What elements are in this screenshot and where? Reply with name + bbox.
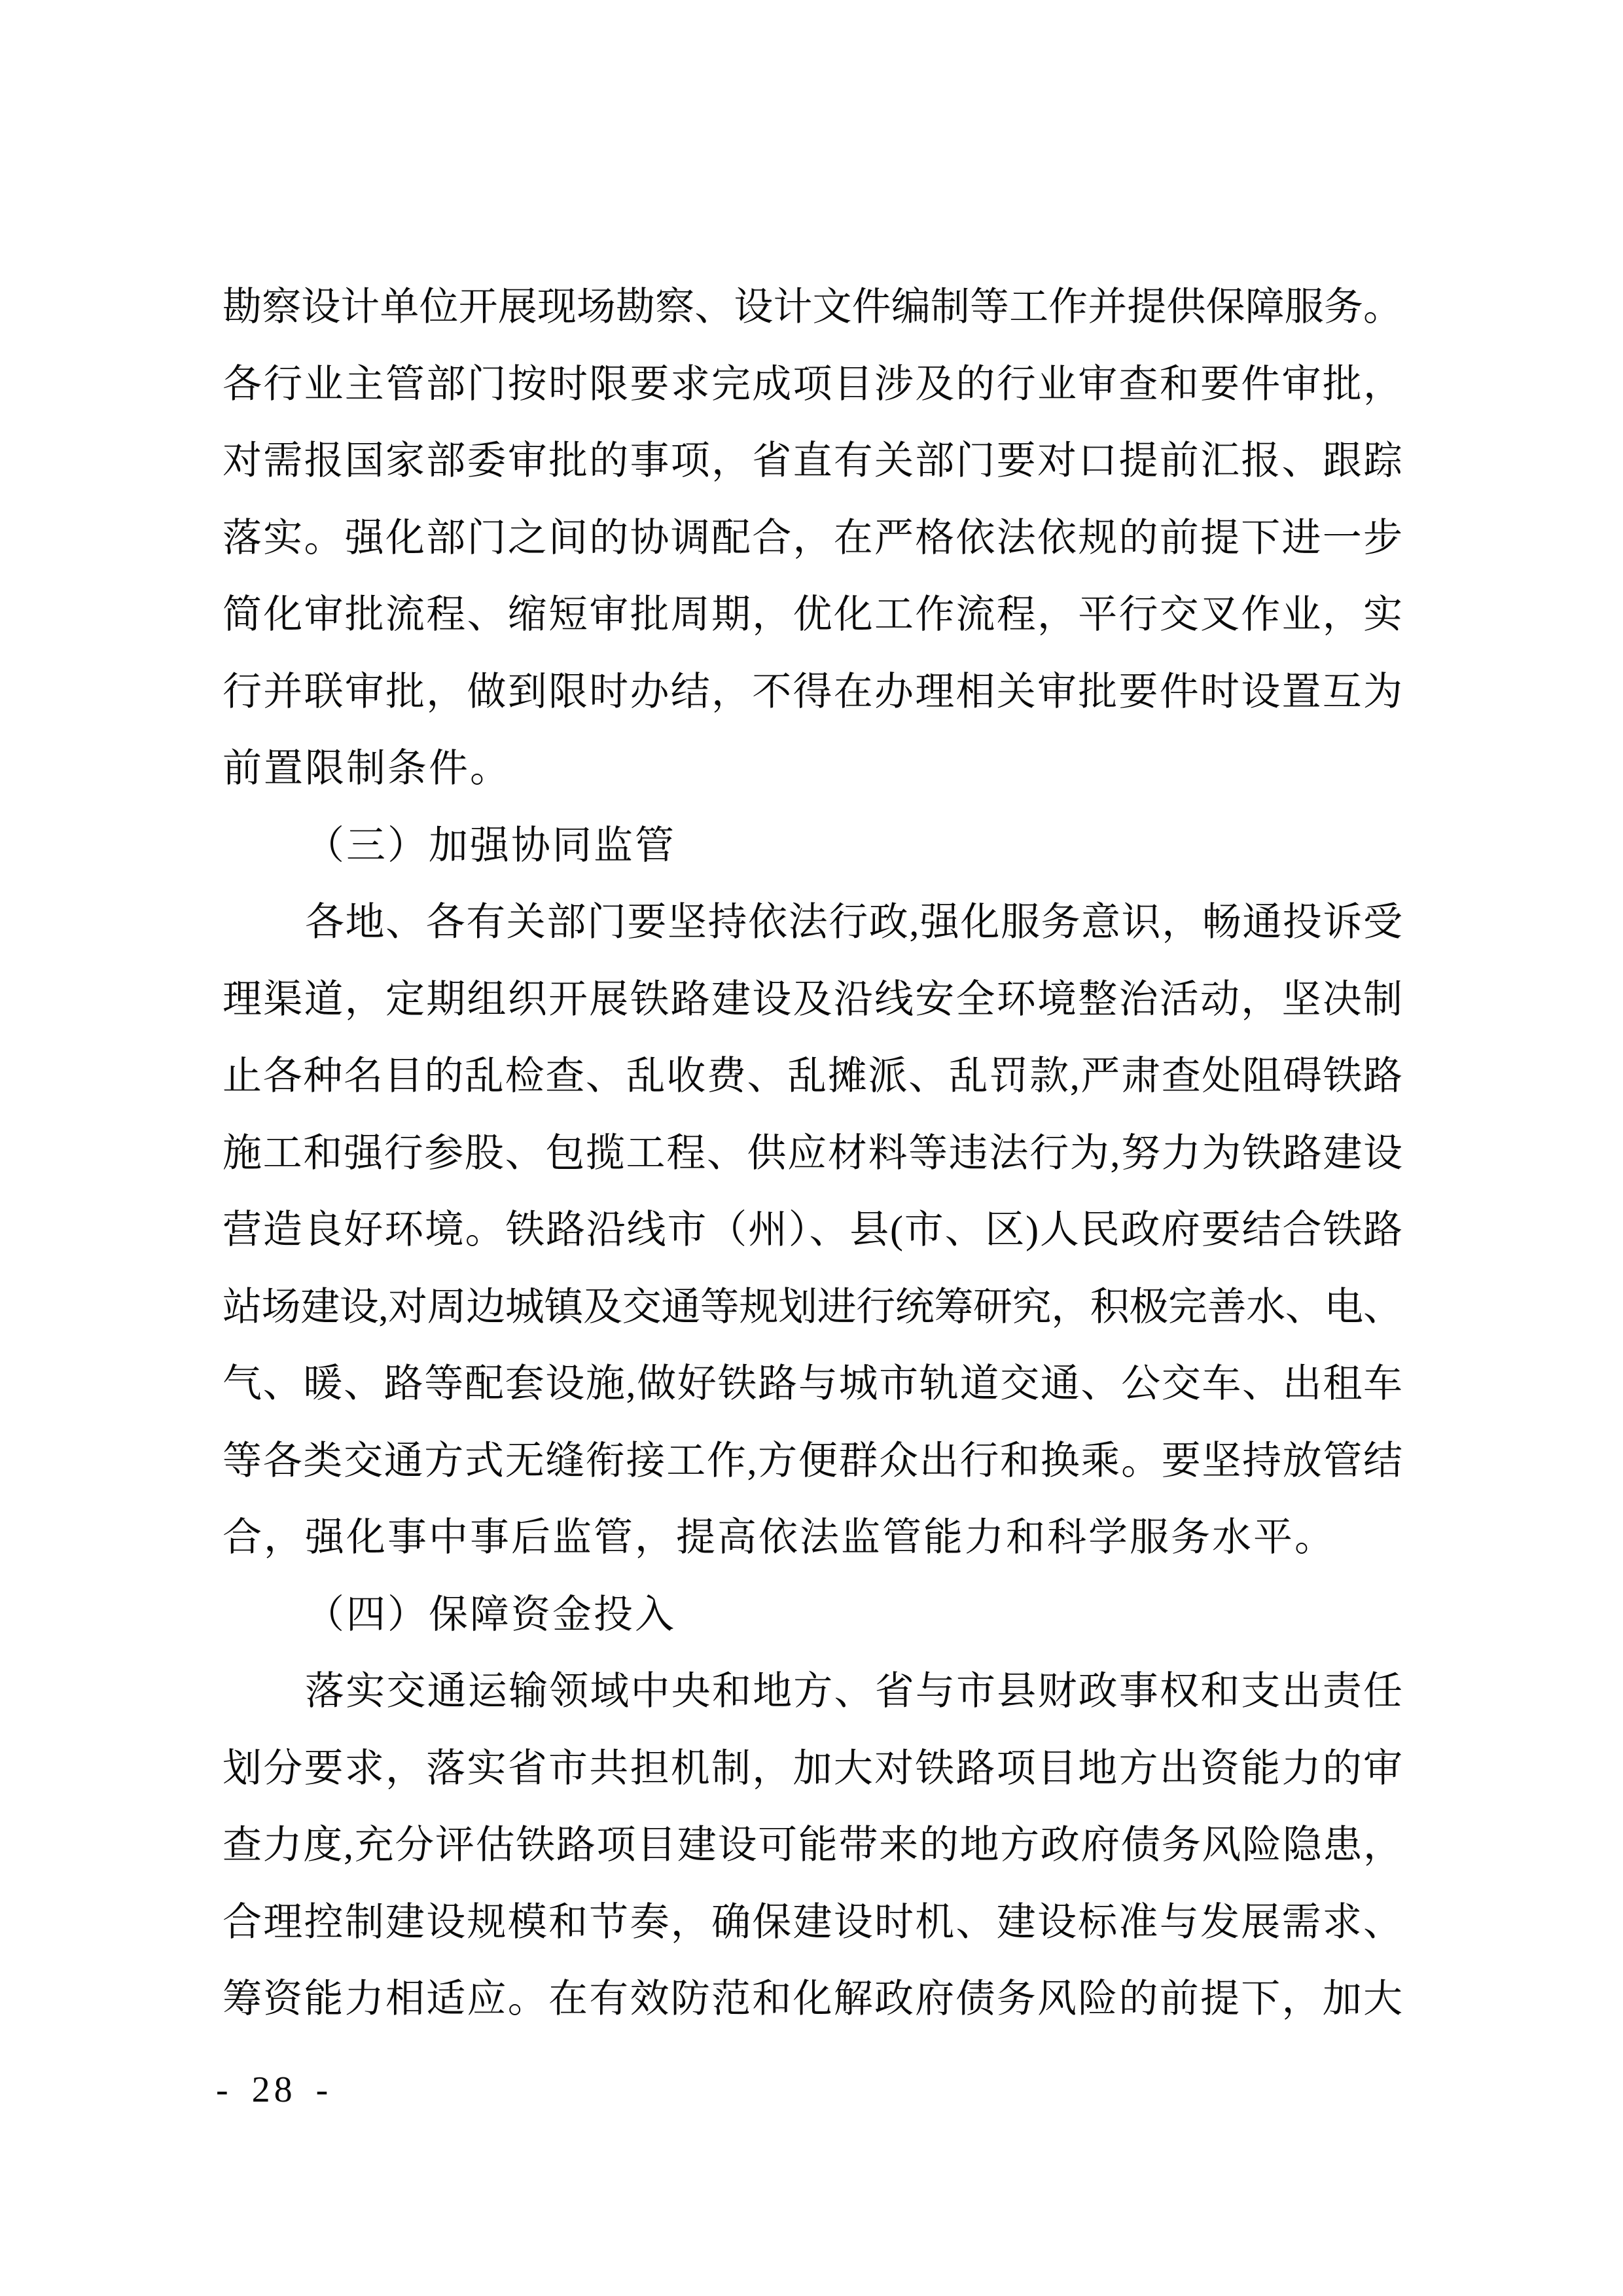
- text-line: 营造良好环境。铁路沿线市（州）、县(市、区)人民政府要结合铁路: [223, 1192, 1400, 1269]
- text-line: 筹资能力相适应。在有效防范和化解政府债务风险的前提下，加大: [223, 1961, 1400, 2038]
- section-heading: （四）保障资金投入: [223, 1577, 1400, 1654]
- text-line: 各地、各有关部门要坚持依法行政,强化服务意识，畅通投诉受: [223, 884, 1400, 961]
- text-line: 划分要求，落实省市共担机制，加大对铁路项目地方出资能力的审: [223, 1731, 1400, 1808]
- text-line: 合，强化事中事后监管，提高依法监管能力和科学服务水平。: [223, 1499, 1400, 1577]
- text-line: 落实。强化部门之间的协调配合，在严格依法依规的前提下进一步: [223, 500, 1400, 577]
- page-number: - 28 -: [216, 2067, 332, 2113]
- text-line: 勘察设计单位开展现场勘察、设计文件编制等工作并提供保障服务。: [223, 269, 1400, 346]
- text-line: 气、暖、路等配套设施,做好铁路与城市轨道交通、公交车、出租车: [223, 1346, 1400, 1423]
- text-line: 前置限制条件。: [223, 730, 1400, 808]
- text-line: 止各种名目的乱检查、乱收费、乱摊派、乱罚款,严肃查处阻碍铁路: [223, 1038, 1400, 1115]
- text-line: 对需报国家部委审批的事项，省直有关部门要对口提前汇报、跟踪: [223, 423, 1400, 500]
- text-line: 查力度,充分评估铁路项目建设可能带来的地方政府债务风险隐患，: [223, 1807, 1400, 1884]
- text-line: 等各类交通方式无缝衔接工作,方便群众出行和换乘。要坚持放管结: [223, 1423, 1400, 1500]
- text-line: 站场建设,对周边城镇及交通等规划进行统筹研究，积极完善水、电、: [223, 1269, 1400, 1346]
- document-page: 勘察设计单位开展现场勘察、设计文件编制等工作并提供保障服务。各行业主管部门按时限…: [0, 0, 1623, 2296]
- text-line: 施工和强行参股、包揽工程、供应材料等违法行为,努力为铁路建设: [223, 1115, 1400, 1193]
- text-line: 行并联审批，做到限时办结，不得在办理相关审批要件时设置互为: [223, 654, 1400, 731]
- text-line: 各行业主管部门按时限要求完成项目涉及的行业审查和要件审批，: [223, 346, 1400, 423]
- text-line: 合理控制建设规模和节奏，确保建设时机、建设标准与发展需求、: [223, 1884, 1400, 1962]
- text-line: 简化审批流程、缩短审批周期，优化工作流程，平行交叉作业，实: [223, 577, 1400, 654]
- section-heading: （三）加强协同监管: [223, 808, 1400, 885]
- document-body: 勘察设计单位开展现场勘察、设计文件编制等工作并提供保障服务。各行业主管部门按时限…: [223, 269, 1400, 2038]
- text-line: 落实交通运输领域中央和地方、省与市县财政事权和支出责任: [223, 1653, 1400, 1731]
- text-line: 理渠道，定期组织开展铁路建设及沿线安全环境整治活动，坚决制: [223, 961, 1400, 1039]
